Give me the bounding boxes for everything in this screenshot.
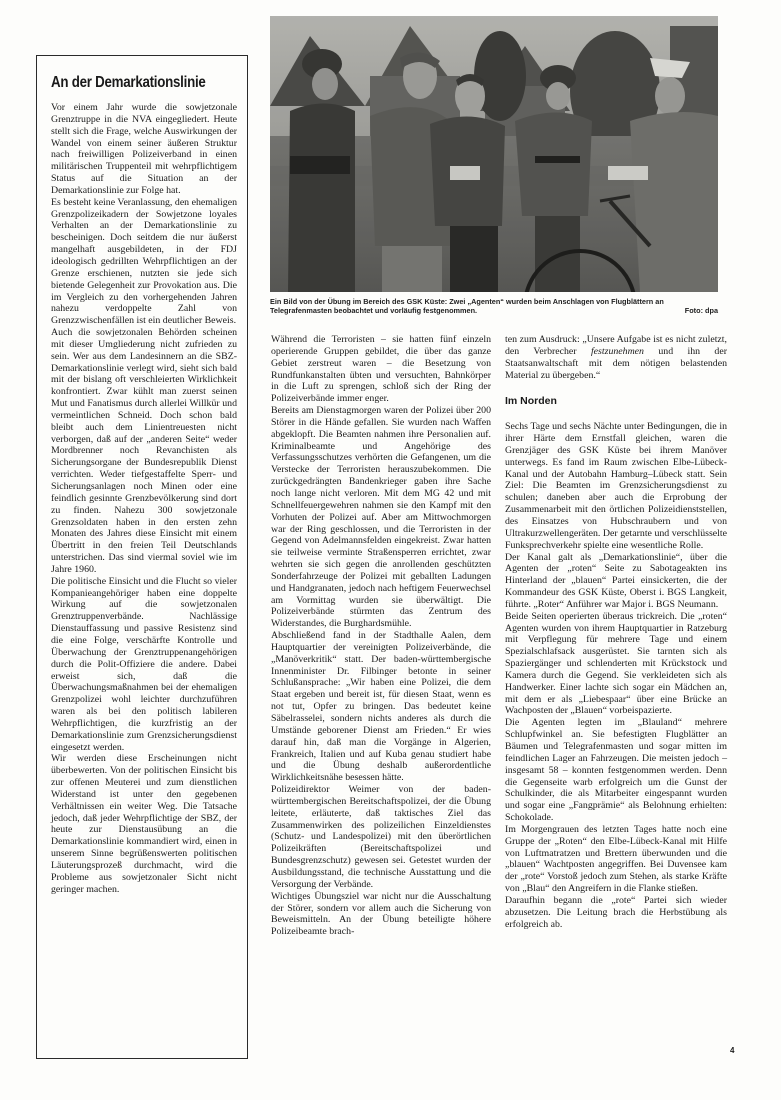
quote-emphasis: festzunehmen xyxy=(591,346,644,357)
article-paragraph-quote: ten zum Ausdruck: „Unsere Aufgabe ist es… xyxy=(505,334,727,381)
news-photo xyxy=(270,16,718,292)
sidebar-article-box: An der Demarkationslinie Vor einem Jahr … xyxy=(36,55,248,1059)
article-middle-column: Während die Terroristen – sie hatten fün… xyxy=(271,334,491,938)
article-paragraph: Die Agenten legten im „Blauland“ mehrere… xyxy=(505,717,727,824)
article-paragraph: Daraufhin begann die „rote“ Partei sich … xyxy=(505,895,727,931)
article-paragraph: Sechs Tage und sechs Nächte unter Beding… xyxy=(505,421,727,551)
photo-caption: Ein Bild von der Übung im Bereich des GS… xyxy=(270,298,718,315)
caption-text: Ein Bild von der Übung im Bereich des GS… xyxy=(270,297,664,315)
photo-credit: Foto: dpa xyxy=(685,307,718,316)
sidebar-body: Vor einem Jahr wurde die sowjetzonale Gr… xyxy=(51,102,237,896)
sidebar-paragraph: Es besteht keine Veranlassung, den ehema… xyxy=(51,197,237,327)
sidebar-paragraph: Vor einem Jahr wurde die sowjetzonale Gr… xyxy=(51,102,237,197)
sidebar-title: An der Demarkationslinie xyxy=(51,74,211,92)
sidebar-paragraph: Wir werden diese Erscheinungen nicht übe… xyxy=(51,753,237,895)
article-paragraph: Der Kanal galt als „Demarkationslinie“, … xyxy=(505,552,727,611)
article-paragraph: Wichtiges Übungsziel war nicht nur die A… xyxy=(271,891,491,938)
article-paragraph: Polizeidirektor Weimer von der baden-wür… xyxy=(271,784,491,891)
article-paragraph: Während die Terroristen – sie hatten fün… xyxy=(271,334,491,405)
sidebar-paragraph: Auch die sowjetzonalen Behörden scheinen… xyxy=(51,327,237,576)
page-number: 4 xyxy=(730,1046,734,1055)
article-right-column: ten zum Ausdruck: „Unsere Aufgabe ist es… xyxy=(505,334,727,931)
article-paragraph: Bereits am Dienstagmorgen waren der Poli… xyxy=(271,405,491,630)
article-paragraph: Beide Seiten operierten überaus trickrei… xyxy=(505,611,727,718)
section-subheading: Im Norden xyxy=(505,396,727,408)
article-paragraph: Im Morgengrauen des letzten Tages hatte … xyxy=(505,824,727,895)
sidebar-paragraph: Die politische Einsicht und die Flucht s… xyxy=(51,576,237,754)
article-paragraph: Abschließend fand in der Stadthalle Aale… xyxy=(271,630,491,784)
photo-illustration xyxy=(270,16,718,292)
